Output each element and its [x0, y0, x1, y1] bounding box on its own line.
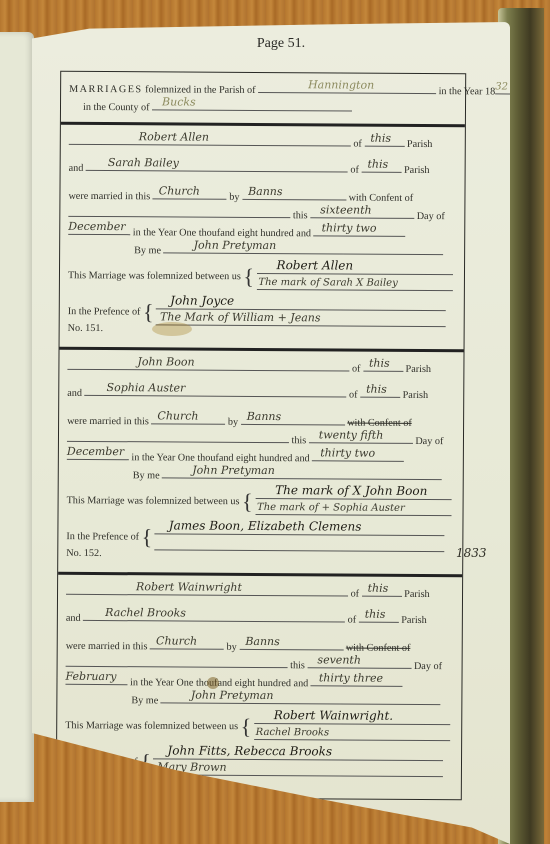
- brace-icon: {: [243, 264, 254, 289]
- witness-signature: James Boon, Elizabeth Clemens: [169, 518, 362, 533]
- party-signature: Robert Allen: [277, 258, 354, 272]
- year-label: in the Year 18: [439, 86, 496, 97]
- parish-value: Hannington: [308, 78, 374, 91]
- by-label: by: [228, 417, 238, 428]
- entry-number: No. 153.: [65, 773, 100, 784]
- brace-icon: {: [241, 714, 252, 739]
- groom-parish: this: [370, 132, 391, 145]
- facing-page-edge: [0, 32, 34, 802]
- parish-label: Parish: [404, 165, 430, 176]
- header-title-text: folemnized in the Parish of: [145, 84, 255, 96]
- party-signature: Robert Wainwright.: [274, 708, 393, 723]
- by-label: by: [229, 192, 239, 203]
- of-label: of: [353, 139, 362, 150]
- by-label: by: [227, 642, 237, 653]
- presence-label: In the Prefence of: [68, 306, 141, 317]
- parish-label: Parish: [404, 589, 430, 600]
- county-value: Bucks: [162, 95, 196, 108]
- day-of-label: Day of: [415, 436, 443, 447]
- parish-field: Hannington: [258, 81, 436, 94]
- marriage-month: February: [65, 670, 116, 683]
- header-title: MARRIAGES: [69, 84, 143, 95]
- day-of-label: Day of: [414, 661, 442, 672]
- marriage-place: Church: [157, 409, 198, 422]
- year-label: in the Year One thoufand eight hundred a…: [130, 677, 308, 689]
- register-header: MARRIAGES folemnized in the Parish of Ha…: [61, 72, 465, 127]
- married-in-label: were married in this: [66, 641, 148, 652]
- parish-label: Parish: [401, 615, 427, 626]
- of-label: of: [350, 165, 359, 176]
- register-page: Page 51. 1833 MARRIAGES folemnized in th…: [32, 22, 510, 844]
- marriage-register-form: MARRIAGES folemnized in the Parish of Ha…: [56, 71, 466, 800]
- page-number: Page 51.: [32, 36, 510, 52]
- witness-signature: Mary Brown: [157, 760, 226, 773]
- of-label: of: [352, 364, 361, 375]
- day-of-label: Day of: [417, 211, 445, 222]
- marriage-year: thirty three: [319, 671, 383, 684]
- entry-number: No. 151.: [68, 323, 103, 334]
- witness-signature: The Mark of William + Jeans: [160, 310, 321, 324]
- county-label: in the County of: [83, 102, 150, 113]
- marriage-by: Banns: [245, 635, 280, 648]
- bride-parish: this: [365, 608, 386, 621]
- paper-stain: [152, 322, 192, 336]
- marriage-year: thirty two: [322, 221, 377, 234]
- brace-icon: {: [140, 749, 151, 774]
- of-label: of: [349, 390, 358, 401]
- this-label: this: [291, 435, 306, 446]
- county-field: Bucks: [152, 98, 352, 111]
- marriage-entries: Robert Allen of this Parish and Sarah Ba…: [57, 125, 465, 799]
- marriage-month: December: [68, 220, 125, 233]
- groom-name: John Boon: [137, 355, 194, 368]
- brace-icon: {: [143, 299, 154, 324]
- married-in-label: were married in this: [67, 416, 149, 427]
- groom-name: Robert Allen: [139, 130, 209, 143]
- consent-label: with Confent of: [347, 418, 412, 429]
- entry-number: No. 152.: [66, 548, 101, 559]
- and-label: and: [69, 163, 84, 174]
- party-signature: The mark of + Sophia Auster: [257, 502, 405, 514]
- consent-label: with Confent of: [346, 643, 411, 654]
- this-label: this: [290, 660, 305, 671]
- solemnized-label: This Marriage was folemnized between us: [68, 270, 241, 282]
- by-me-label: By me: [131, 695, 158, 706]
- bride-name: Sophia Auster: [107, 381, 186, 394]
- groom-parish: this: [369, 357, 390, 370]
- paper-stain: [207, 677, 219, 689]
- married-in-label: were married in this: [68, 191, 150, 202]
- parish-label: Parish: [406, 364, 432, 375]
- bride-parish: this: [366, 383, 387, 396]
- parish-label: Parish: [407, 139, 433, 150]
- marriage-day: sixteenth: [320, 203, 371, 216]
- brace-icon: {: [242, 489, 253, 514]
- parish-label: Parish: [403, 390, 429, 401]
- party-signature: The mark of Sarah X Bailey: [258, 277, 397, 289]
- marriage-entry: Robert Wainwright of this Parish and Rac…: [57, 575, 462, 799]
- groom-name: Robert Wainwright: [136, 580, 242, 594]
- this-label: this: [293, 210, 308, 221]
- marriage-day: twenty fifth: [319, 428, 384, 441]
- officiant-name: John Pretyman: [191, 689, 274, 703]
- of-label: of: [351, 589, 360, 600]
- marriage-entry: John Boon of this Parish and Sophia Aust…: [58, 350, 463, 577]
- marriage-month: December: [67, 445, 124, 458]
- and-label: and: [67, 388, 82, 399]
- marriage-day: seventh: [317, 653, 361, 666]
- bride-name: Rachel Brooks: [105, 606, 186, 619]
- groom-parish: this: [368, 582, 389, 595]
- officiant-name: John Pretyman: [192, 464, 275, 478]
- bride-parish: this: [367, 158, 388, 171]
- witness-signature: John Joyce: [170, 293, 234, 307]
- marriage-by: Banns: [248, 185, 283, 198]
- party-signature: Rachel Brooks: [256, 727, 329, 738]
- by-me-label: By me: [134, 245, 161, 256]
- marriage-by: Banns: [247, 410, 282, 423]
- consent-label: with Confent of: [349, 193, 414, 204]
- year-label: in the Year One thoufand eight hundred a…: [131, 452, 309, 464]
- marriage-place: Church: [159, 184, 200, 197]
- brace-icon: {: [142, 524, 153, 549]
- of-label: of: [348, 615, 357, 626]
- marriage-place: Church: [156, 634, 197, 647]
- year-label: in the Year One thoufand eight hundred a…: [133, 227, 311, 239]
- officiant-name: John Pretyman: [194, 239, 277, 253]
- bride-name: Sarah Bailey: [108, 156, 179, 169]
- presence-label: In the Prefence of: [65, 756, 138, 767]
- marriage-year: thirty two: [320, 446, 375, 459]
- witness-signature: John Fitts, Rebecca Brooks: [167, 743, 332, 758]
- marriage-entry: Robert Allen of this Parish and Sarah Ba…: [60, 125, 465, 352]
- presence-label: In the Prefence of: [66, 531, 139, 542]
- and-label: and: [66, 613, 81, 624]
- solemnized-label: This Marriage was folemnized between us: [65, 720, 238, 732]
- party-signature: The mark of X John Boon: [275, 483, 427, 498]
- solemnized-label: This Marriage was folemnized between us: [67, 495, 240, 507]
- by-me-label: By me: [133, 470, 160, 481]
